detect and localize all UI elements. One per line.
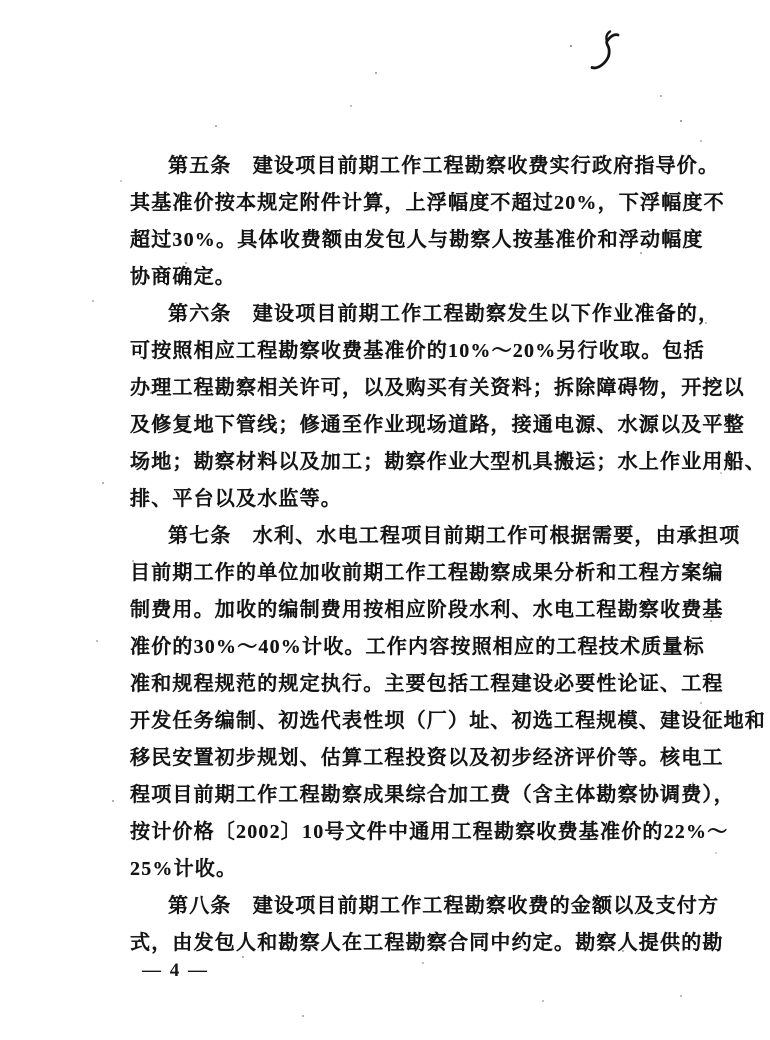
document-line-article-8: 第八条 建设项目前期工作工程勘察收费的金额以及支付方 [130,888,692,925]
scan-noise [0,0,2,2]
document-line-article-7: 第七条 水利、水电工程项目前期工作可根据需要，由承担项 [130,518,692,555]
document-line: 超过30%。具体收费额由发包人与勘察人按基准价和浮动幅度 [130,222,692,259]
page-number: — 4 — [142,960,209,982]
document-line: 准价的30%～40%计收。工作内容按照相应的工程技术质量标 [130,629,692,666]
document-line: 按计价格〔2002〕10号文件中通用工程勘察收费基准价的22%～ [130,814,692,851]
document-line-article-5: 第五条 建设项目前期工作工程勘察收费实行政府指导价。 [130,148,692,185]
document-line: 25%计收。 [130,851,692,888]
document-line: 目前期工作的单位加收前期工作工程勘察成果分析和工程方案编 [130,555,692,592]
document-line: 式，由发包人和勘察人在工程勘察合同中约定。勘察人提供的勘 [130,925,692,962]
document-line: 场地；勘察材料以及加工；勘察作业大型机具搬运；水上作业用船、 [130,444,692,481]
document-line: 协商确定。 [130,259,692,296]
document-line-article-6: 第六条 建设项目前期工作工程勘察发生以下作业准备的， [130,296,692,333]
document-line: 其基准价按本规定附件计算，上浮幅度不超过20%，下浮幅度不 [130,185,692,222]
handwritten-page-number [588,28,624,76]
document-line: 及修复地下管线；修通至作业现场道路，接通电源、水源以及平整 [130,407,692,444]
document-body: 第五条 建设项目前期工作工程勘察收费实行政府指导价。 其基准价按本规定附件计算，… [130,148,692,962]
document-line: 开发任务编制、初选代表性坝（厂）址、初选工程规模、建设征地和 [130,703,692,740]
document-line: 移民安置初步规划、估算工程投资以及初步经济评价等。核电工 [130,740,692,777]
document-line: 可按照相应工程勘察收费基准价的10%～20%另行收取。包括 [130,333,692,370]
document-line: 准和规程规范的规定执行。主要包括工程建设必要性论证、工程 [130,666,692,703]
document-line: 程项目前期工作工程勘察成果综合加工费（含主体勘察协调费）， [130,777,692,814]
document-line: 制费用。加收的编制费用按相应阶段水利、水电工程勘察收费基 [130,592,692,629]
document-line: 办理工程勘察相关许可，以及购买有关资料；拆除障碍物，开挖以 [130,370,692,407]
document-line: 排、平台以及水监等。 [130,481,692,518]
scanned-page: 第五条 建设项目前期工作工程勘察收费实行政府指导价。 其基准价按本规定附件计算，… [0,0,770,1040]
